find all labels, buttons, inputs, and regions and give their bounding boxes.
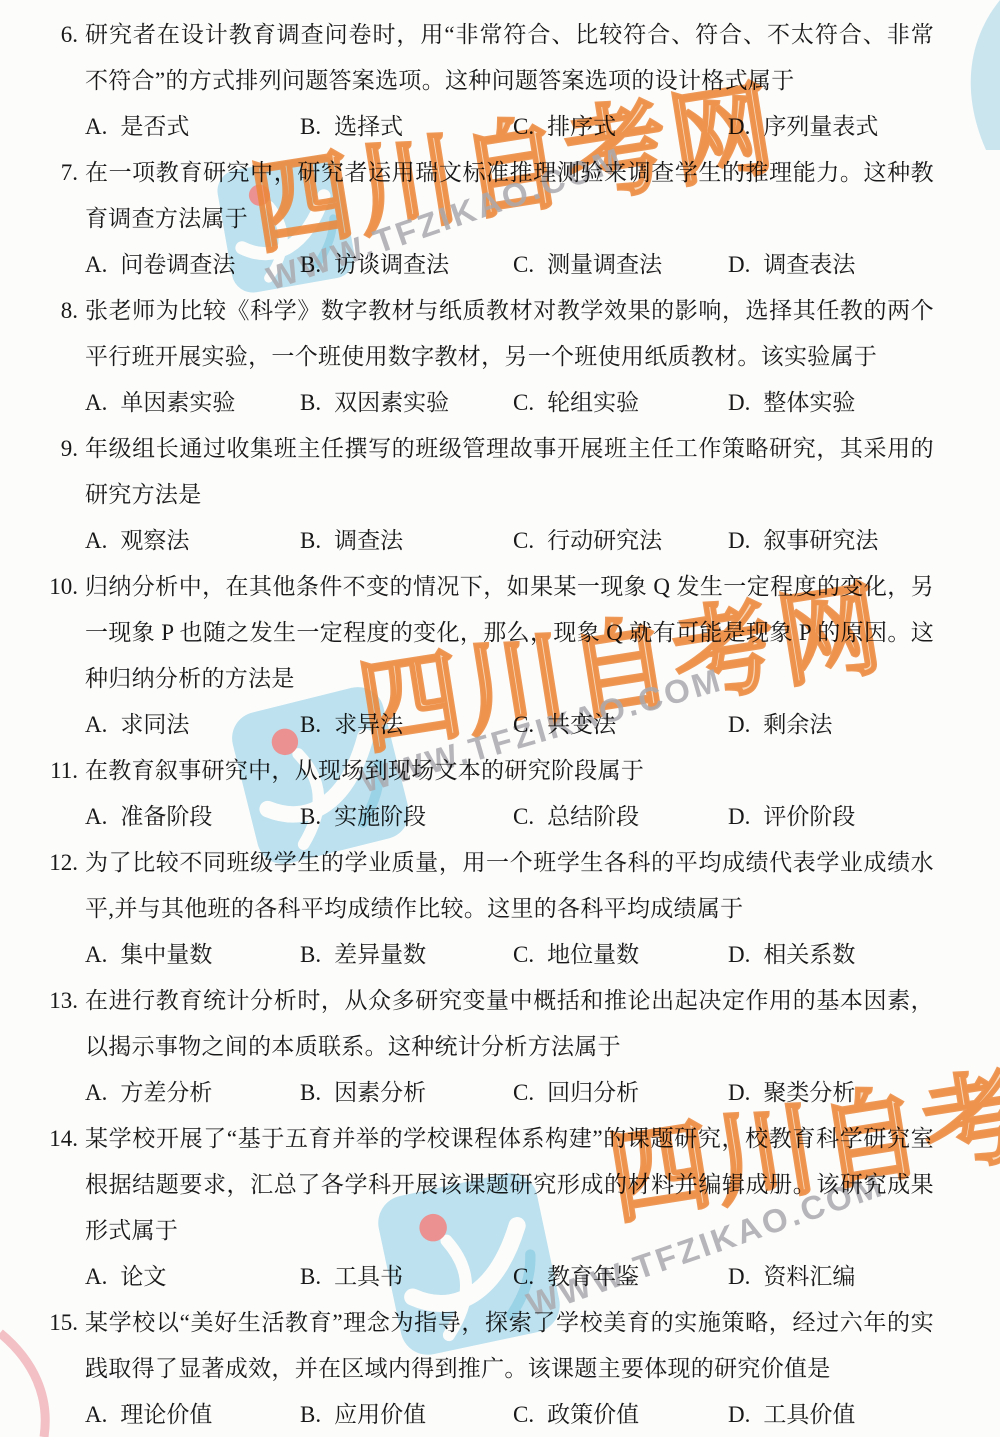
question-body: 某学校以“美好生活教育”理念为指导，探索了学校美育的实施策略，经过六年的实践取得…	[85, 1300, 1000, 1437]
option-b: B.双因素实验	[300, 380, 513, 426]
question-body: 研究者在设计教育调查问卷时，用“非常符合、比较符合、符合、不太符合、非常不符合”…	[85, 12, 1000, 150]
option-a: A.单因素实验	[85, 380, 300, 426]
question-item: 7. 在一项教育研究中，研究者运用瑞文标准推理测验来调查学生的推理能力。这种教育…	[0, 150, 1000, 288]
option-d: D.序列量表式	[728, 104, 934, 150]
option-label: A.	[85, 1080, 107, 1105]
option-c: C.回归分析	[513, 1070, 728, 1116]
option-label: C.	[513, 390, 534, 415]
option-label: A.	[85, 804, 107, 829]
option-label: B.	[300, 1264, 321, 1289]
options-row: A.是否式 B.选择式 C.排序式 D.序列量表式	[85, 104, 934, 150]
option-text: 评价阶段	[763, 804, 855, 829]
scanned-exam-page: { "watermark": { "brand": "四川自考网", "url"…	[0, 0, 1000, 1437]
option-label: D.	[728, 712, 750, 737]
question-number: 8.	[0, 288, 85, 426]
option-text: 回归分析	[547, 1080, 639, 1105]
option-label: A.	[85, 1264, 107, 1289]
question-body: 在进行教育统计分析时，从众多研究变量中概括和推论出起决定作用的基本因素，以揭示事…	[85, 978, 1000, 1116]
option-label: D.	[728, 804, 750, 829]
option-label: A.	[85, 114, 107, 139]
option-label: C.	[513, 114, 534, 139]
option-a: A.准备阶段	[85, 794, 300, 840]
question-body: 在一项教育研究中，研究者运用瑞文标准推理测验来调查学生的推理能力。这种教育调查方…	[85, 150, 1000, 288]
question-number: 6.	[0, 12, 85, 150]
option-d: D.相关系数	[728, 932, 934, 978]
question-body: 某学校开展了“基于五育并举的学校课程体系构建”的课题研究，校教育科学研究室根据结…	[85, 1116, 1000, 1300]
option-text: 共变法	[547, 712, 616, 737]
option-b: B.差异量数	[300, 932, 513, 978]
option-text: 访谈调查法	[334, 252, 449, 277]
option-label: B.	[300, 528, 321, 553]
options-row: A.论文 B.工具书 C.教育年鉴 D.资料汇编	[85, 1254, 934, 1300]
options-row: A.问卷调查法 B.访谈调查法 C.测量调查法 D.调查表法	[85, 242, 934, 288]
option-label: A.	[85, 528, 107, 553]
option-text: 选择式	[334, 114, 403, 139]
option-text: 剩余法	[763, 712, 832, 737]
option-c: C.地位量数	[513, 932, 728, 978]
question-item: 8. 张老师为比较《科学》数字教材与纸质教材对教学效果的影响，选择其任教的两个平…	[0, 288, 1000, 426]
option-label: A.	[85, 1402, 107, 1427]
question-number: 15.	[0, 1300, 85, 1437]
option-label: A.	[85, 390, 107, 415]
question-item: 6. 研究者在设计教育调查问卷时，用“非常符合、比较符合、符合、不太符合、非常不…	[0, 12, 1000, 150]
option-label: C.	[513, 1264, 534, 1289]
option-d: D.资料汇编	[728, 1254, 934, 1300]
option-label: B.	[300, 114, 321, 139]
question-number: 13.	[0, 978, 85, 1116]
question-stem: 年级组长通过收集班主任撰写的班级管理故事开展班主任工作策略研究，其采用的研究方法…	[85, 426, 934, 518]
option-text: 工具价值	[763, 1402, 855, 1427]
option-b: B.因素分析	[300, 1070, 513, 1116]
question-item: 11. 在教育叙事研究中，从现场到现场文本的研究阶段属于 A.准备阶段 B.实施…	[0, 748, 1000, 840]
option-text: 教育年鉴	[547, 1264, 639, 1289]
option-label: B.	[300, 712, 321, 737]
option-text: 资料汇编	[763, 1264, 855, 1289]
option-b: B.应用价值	[300, 1392, 513, 1437]
option-label: C.	[513, 712, 534, 737]
option-label: C.	[513, 528, 534, 553]
option-d: D.剩余法	[728, 702, 934, 748]
option-c: C.行动研究法	[513, 518, 728, 564]
option-text: 理论价值	[120, 1402, 212, 1427]
option-label: C.	[513, 252, 534, 277]
option-text: 相关系数	[763, 942, 855, 967]
option-text: 双因素实验	[334, 390, 449, 415]
question-stem: 归纳分析中，在其他条件不变的情况下，如果某一现象 Q 发生一定程度的变化，另一现…	[85, 564, 934, 702]
option-label: B.	[300, 804, 321, 829]
option-label: A.	[85, 712, 107, 737]
option-text: 问卷调查法	[120, 252, 235, 277]
question-body: 为了比较不同班级学生的学业质量，用一个班学生各科的平均成绩代表学业成绩水平,并与…	[85, 840, 1000, 978]
option-text: 集中量数	[120, 942, 212, 967]
option-d: D.叙事研究法	[728, 518, 934, 564]
option-text: 聚类分析	[763, 1080, 855, 1105]
option-a: A.观察法	[85, 518, 300, 564]
option-text: 序列量表式	[763, 114, 878, 139]
option-c: C.总结阶段	[513, 794, 728, 840]
option-c: C.政策价值	[513, 1392, 728, 1437]
option-text: 总结阶段	[547, 804, 639, 829]
option-label: D.	[728, 1080, 750, 1105]
option-text: 政策价值	[547, 1402, 639, 1427]
question-stem: 在教育叙事研究中，从现场到现场文本的研究阶段属于	[85, 748, 934, 794]
question-number: 12.	[0, 840, 85, 978]
option-c: C.轮组实验	[513, 380, 728, 426]
option-text: 差异量数	[334, 942, 426, 967]
option-d: D.评价阶段	[728, 794, 934, 840]
option-label: C.	[513, 804, 534, 829]
option-c: C.教育年鉴	[513, 1254, 728, 1300]
question-stem: 在进行教育统计分析时，从众多研究变量中概括和推论出起决定作用的基本因素，以揭示事…	[85, 978, 934, 1070]
option-text: 地位量数	[547, 942, 639, 967]
option-text: 单因素实验	[120, 390, 235, 415]
option-text: 测量调查法	[547, 252, 662, 277]
option-b: B.访谈调查法	[300, 242, 513, 288]
option-label: D.	[728, 390, 750, 415]
option-label: B.	[300, 252, 321, 277]
option-a: A.论文	[85, 1254, 300, 1300]
option-label: D.	[728, 942, 750, 967]
option-b: B.调查法	[300, 518, 513, 564]
question-number: 14.	[0, 1116, 85, 1300]
option-text: 调查法	[334, 528, 403, 553]
option-b: B.选择式	[300, 104, 513, 150]
option-text: 求异法	[334, 712, 403, 737]
options-row: A.准备阶段 B.实施阶段 C.总结阶段 D.评价阶段	[85, 794, 934, 840]
option-label: C.	[513, 1080, 534, 1105]
option-text: 方差分析	[120, 1080, 212, 1105]
option-label: D.	[728, 528, 750, 553]
option-d: D.聚类分析	[728, 1070, 934, 1116]
option-text: 应用价值	[334, 1402, 426, 1427]
options-row: A.观察法 B.调查法 C.行动研究法 D.叙事研究法	[85, 518, 934, 564]
option-text: 调查表法	[763, 252, 855, 277]
option-label: B.	[300, 942, 321, 967]
question-item: 15. 某学校以“美好生活教育”理念为指导，探索了学校美育的实施策略，经过六年的…	[0, 1300, 1000, 1437]
options-row: A.集中量数 B.差异量数 C.地位量数 D.相关系数	[85, 932, 934, 978]
question-number: 10.	[0, 564, 85, 748]
question-body: 张老师为比较《科学》数字教材与纸质教材对教学效果的影响，选择其任教的两个平行班开…	[85, 288, 1000, 426]
question-stem: 研究者在设计教育调查问卷时，用“非常符合、比较符合、符合、不太符合、非常不符合”…	[85, 12, 934, 104]
option-label: A.	[85, 252, 107, 277]
option-b: B.工具书	[300, 1254, 513, 1300]
option-label: D.	[728, 1264, 750, 1289]
options-row: A.方差分析 B.因素分析 C.回归分析 D.聚类分析	[85, 1070, 934, 1116]
option-b: B.求异法	[300, 702, 513, 748]
option-text: 轮组实验	[547, 390, 639, 415]
question-item: 10. 归纳分析中，在其他条件不变的情况下，如果某一现象 Q 发生一定程度的变化…	[0, 564, 1000, 748]
options-row: A.求同法 B.求异法 C.共变法 D.剩余法	[85, 702, 934, 748]
question-item: 9. 年级组长通过收集班主任撰写的班级管理故事开展班主任工作策略研究，其采用的研…	[0, 426, 1000, 564]
question-body: 归纳分析中，在其他条件不变的情况下，如果某一现象 Q 发生一定程度的变化，另一现…	[85, 564, 1000, 748]
option-label: C.	[513, 942, 534, 967]
option-text: 工具书	[334, 1264, 403, 1289]
option-text: 整体实验	[763, 390, 855, 415]
option-label: C.	[513, 1402, 534, 1427]
option-label: A.	[85, 942, 107, 967]
question-list: 6. 研究者在设计教育调查问卷时，用“非常符合、比较符合、符合、不太符合、非常不…	[0, 0, 1000, 1437]
option-c: C.共变法	[513, 702, 728, 748]
option-c: C.测量调查法	[513, 242, 728, 288]
question-body: 在教育叙事研究中，从现场到现场文本的研究阶段属于 A.准备阶段 B.实施阶段 C…	[85, 748, 1000, 840]
options-row: A.理论价值 B.应用价值 C.政策价值 D.工具价值	[85, 1392, 934, 1437]
option-text: 因素分析	[334, 1080, 426, 1105]
option-text: 排序式	[547, 114, 616, 139]
question-item: 14. 某学校开展了“基于五育并举的学校课程体系构建”的课题研究，校教育科学研究…	[0, 1116, 1000, 1300]
option-d: D.工具价值	[728, 1392, 934, 1437]
option-a: A.求同法	[85, 702, 300, 748]
option-a: A.方差分析	[85, 1070, 300, 1116]
option-c: C.排序式	[513, 104, 728, 150]
question-stem: 在一项教育研究中，研究者运用瑞文标准推理测验来调查学生的推理能力。这种教育调查方…	[85, 150, 934, 242]
question-number: 7.	[0, 150, 85, 288]
option-a: A.问卷调查法	[85, 242, 300, 288]
option-text: 是否式	[120, 114, 189, 139]
question-stem: 某学校以“美好生活教育”理念为指导，探索了学校美育的实施策略，经过六年的实践取得…	[85, 1300, 934, 1392]
option-label: D.	[728, 114, 750, 139]
option-label: B.	[300, 390, 321, 415]
option-b: B.实施阶段	[300, 794, 513, 840]
options-row: A.单因素实验 B.双因素实验 C.轮组实验 D.整体实验	[85, 380, 934, 426]
option-d: D.调查表法	[728, 242, 934, 288]
question-stem: 张老师为比较《科学》数字教材与纸质教材对教学效果的影响，选择其任教的两个平行班开…	[85, 288, 934, 380]
question-number: 9.	[0, 426, 85, 564]
option-a: A.集中量数	[85, 932, 300, 978]
option-text: 实施阶段	[334, 804, 426, 829]
option-text: 行动研究法	[547, 528, 662, 553]
option-label: D.	[728, 1402, 750, 1427]
option-text: 叙事研究法	[763, 528, 878, 553]
option-label: D.	[728, 252, 750, 277]
question-body: 年级组长通过收集班主任撰写的班级管理故事开展班主任工作策略研究，其采用的研究方法…	[85, 426, 1000, 564]
option-label: B.	[300, 1402, 321, 1427]
question-item: 12. 为了比较不同班级学生的学业质量，用一个班学生各科的平均成绩代表学业成绩水…	[0, 840, 1000, 978]
option-a: A.理论价值	[85, 1392, 300, 1437]
option-label: B.	[300, 1080, 321, 1105]
question-item: 13. 在进行教育统计分析时，从众多研究变量中概括和推论出起决定作用的基本因素，…	[0, 978, 1000, 1116]
option-text: 求同法	[120, 712, 189, 737]
option-d: D.整体实验	[728, 380, 934, 426]
option-text: 准备阶段	[120, 804, 212, 829]
option-text: 观察法	[120, 528, 189, 553]
question-number: 11.	[0, 748, 85, 840]
question-stem: 为了比较不同班级学生的学业质量，用一个班学生各科的平均成绩代表学业成绩水平,并与…	[85, 840, 934, 932]
option-a: A.是否式	[85, 104, 300, 150]
option-text: 论文	[120, 1264, 166, 1289]
question-stem: 某学校开展了“基于五育并举的学校课程体系构建”的课题研究，校教育科学研究室根据结…	[85, 1116, 934, 1254]
